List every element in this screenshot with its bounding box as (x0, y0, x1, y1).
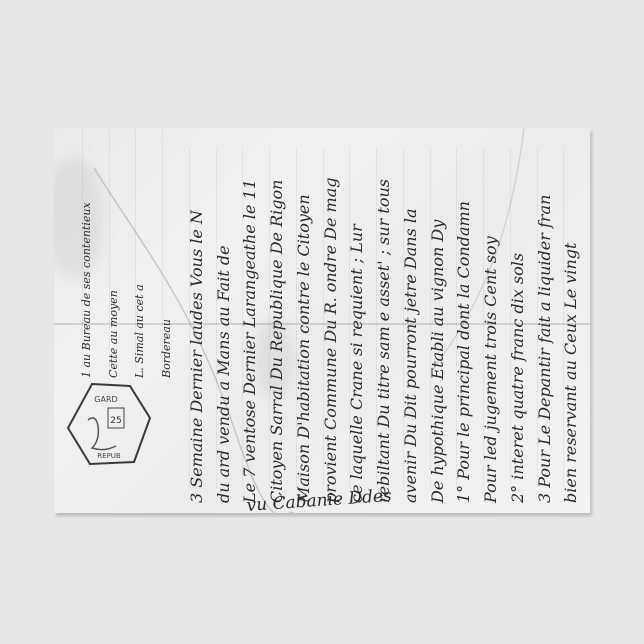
svg-text:25: 25 (110, 416, 121, 426)
hexagon-stamp: GARD 25 REPUB (64, 380, 154, 470)
ink-underline (162, 128, 163, 368)
ink-underline (349, 148, 350, 488)
ink-underline (510, 148, 511, 488)
ink-underline (135, 128, 136, 368)
ink-underline (403, 148, 404, 488)
ink-underline (242, 148, 243, 488)
ink-underline (269, 148, 270, 488)
ink-underline (537, 148, 538, 488)
svg-text:REPUB: REPUB (97, 452, 121, 460)
svg-text:GARD: GARD (94, 395, 117, 404)
ink-underline (563, 148, 564, 488)
ink-underline (82, 128, 83, 368)
manuscript-card: 1 au Bureau de ses contentieuxCette au m… (54, 128, 590, 513)
ink-underline (323, 148, 324, 488)
ink-underline (216, 148, 217, 488)
ink-underline (296, 148, 297, 488)
ink-underline (430, 148, 431, 488)
ink-underline (483, 148, 484, 488)
ink-underline (376, 148, 377, 488)
ink-underline (189, 148, 190, 488)
ink-underline (456, 148, 457, 488)
ink-underline (109, 128, 110, 368)
